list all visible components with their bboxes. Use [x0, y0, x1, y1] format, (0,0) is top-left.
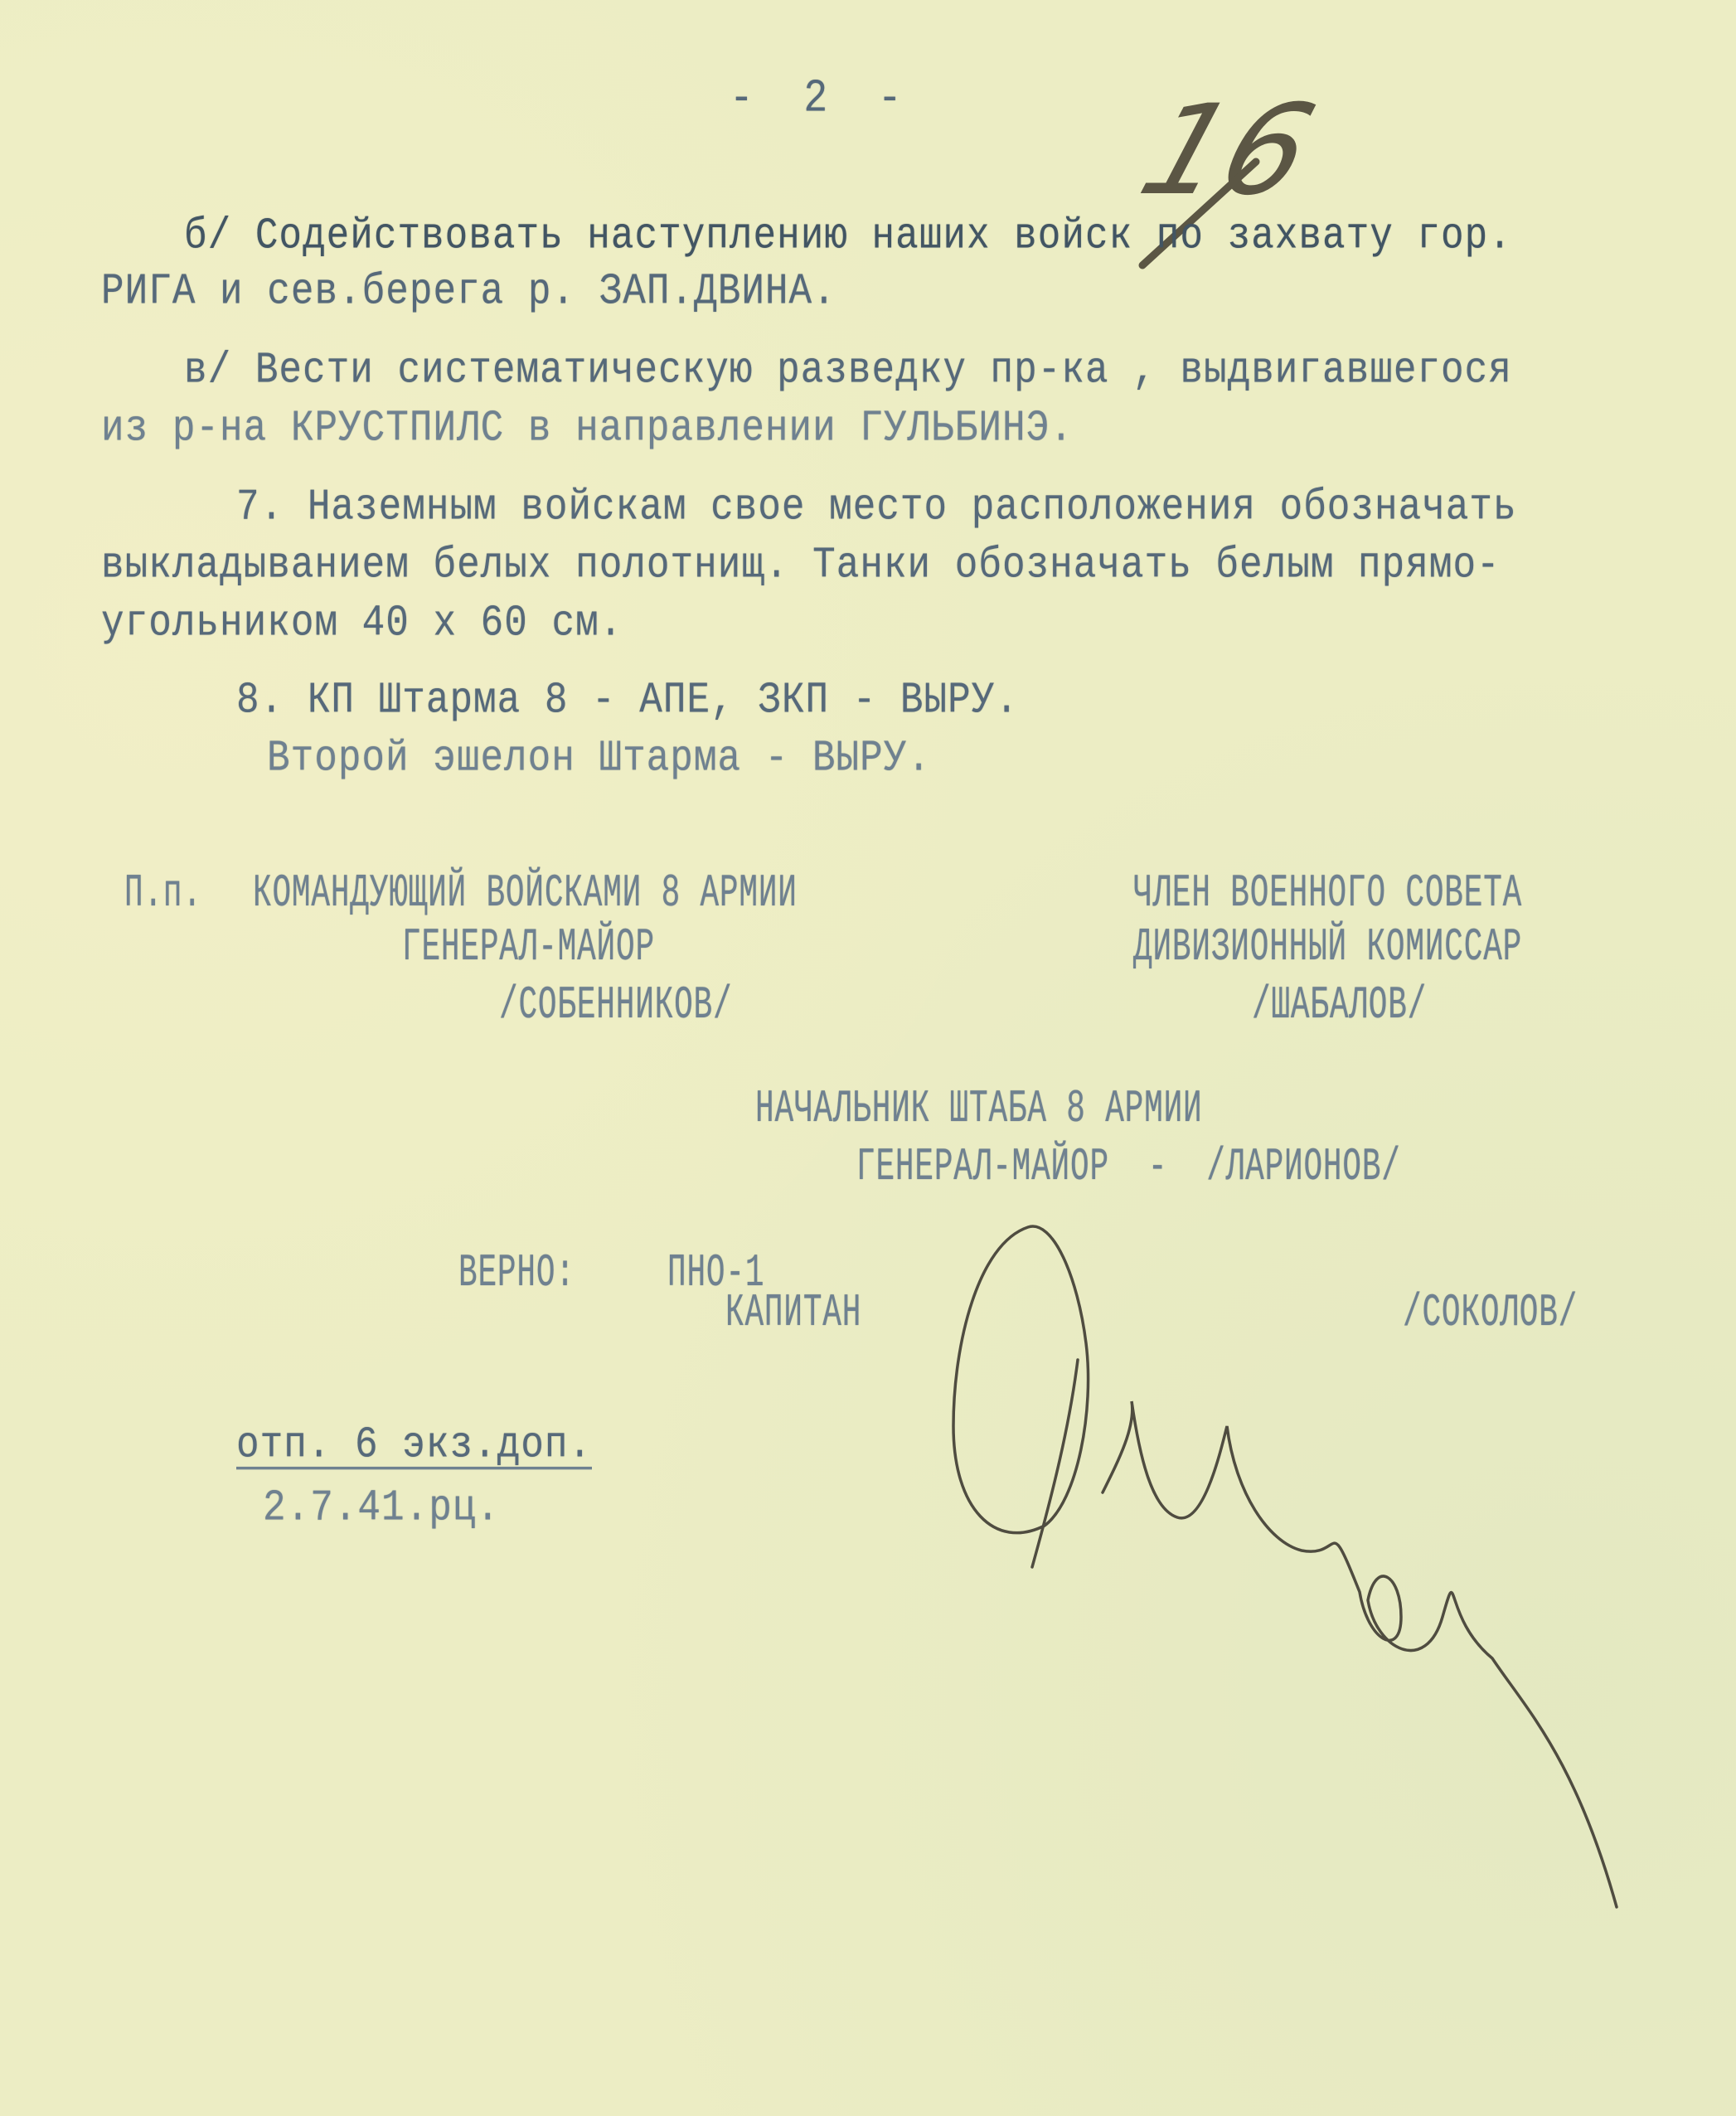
handwritten-signature-icon — [0, 0, 1736, 2116]
copies-note: отп. 6 экз.доп. — [236, 1423, 592, 1469]
date-code: 2.7.41.рц. — [263, 1486, 500, 1530]
